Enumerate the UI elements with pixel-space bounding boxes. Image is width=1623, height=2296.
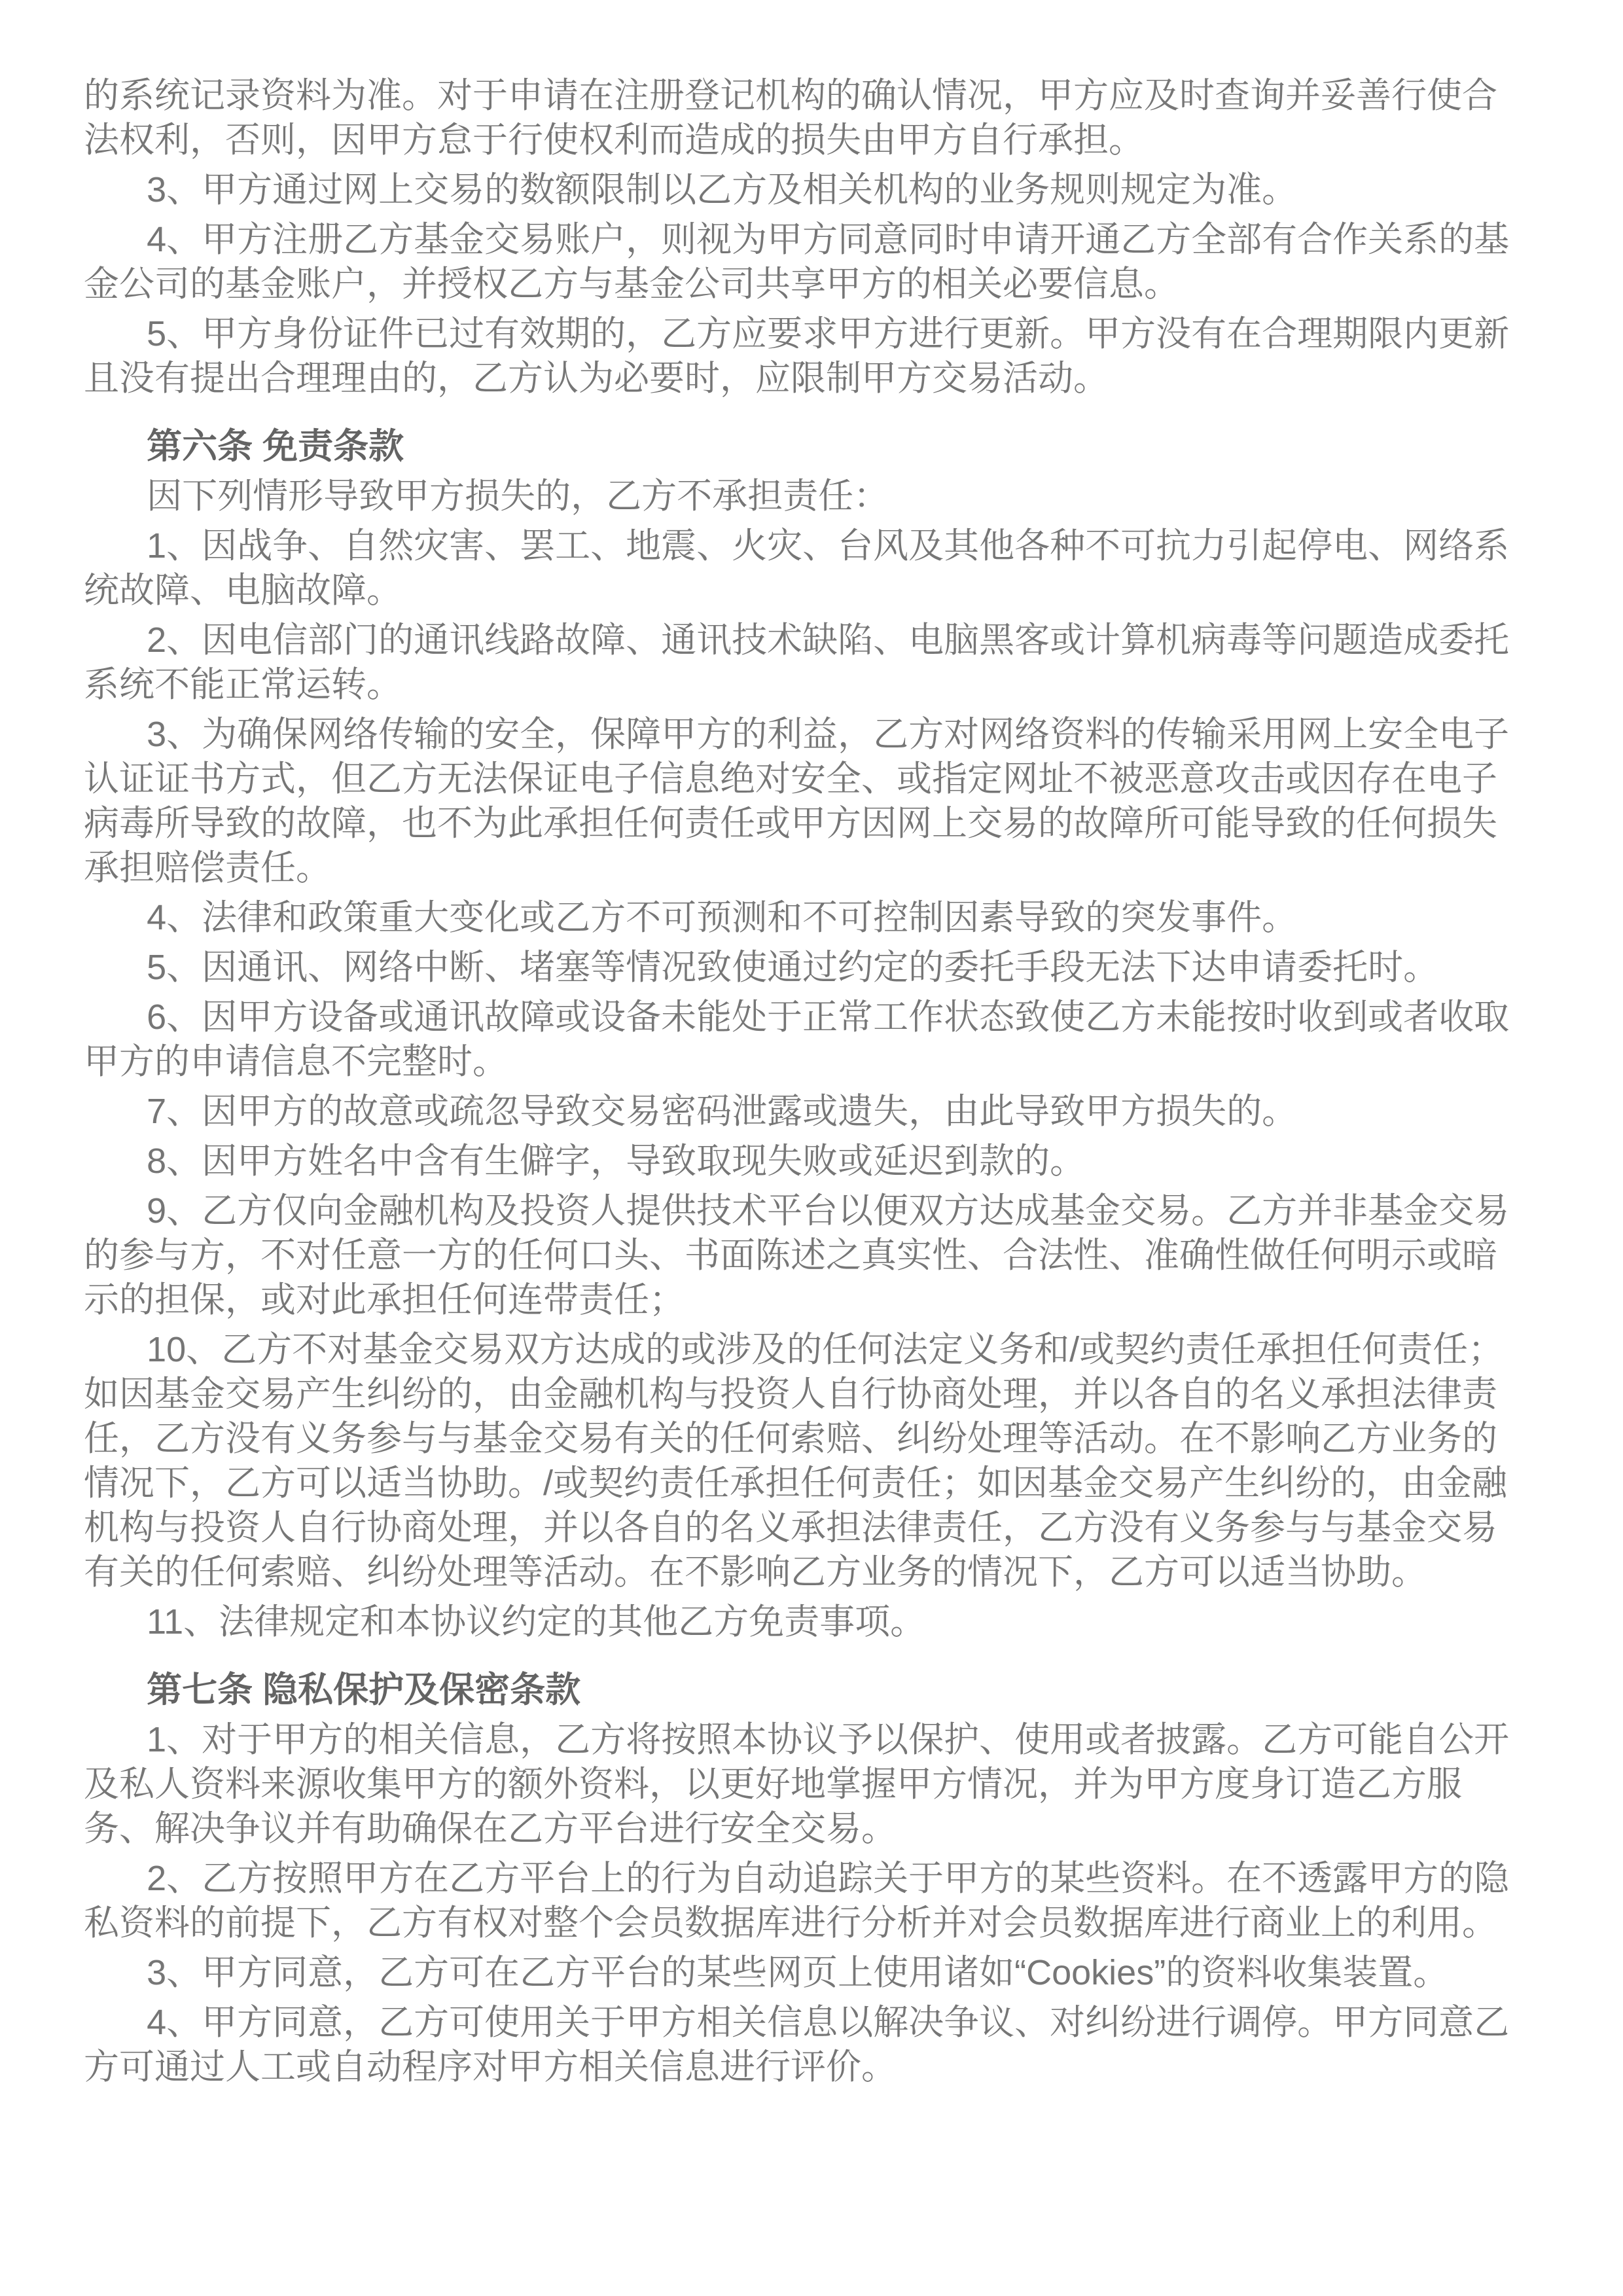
paragraph: 4、法律和政策重大变化或乙方不可预测和不可控制因素导致的突发事件。 — [84, 895, 1524, 940]
paragraph: 3、甲方同意，乙方可在乙方平台的某些网页上使用诸如“Cookies”的资料收集装… — [84, 1950, 1524, 1995]
page: { "page": { "width_px": 2480, "height_px… — [0, 0, 1623, 2296]
paragraph: 5、因通讯、网络中断、堵塞等情况致使通过约定的委托手段无法下达申请委托时。 — [84, 945, 1524, 990]
paragraph: 7、因甲方的故意或疏忽导致交易密码泄露或遗失，由此导致甲方损失的。 — [84, 1089, 1524, 1134]
paragraph: 8、因甲方姓名中含有生僻字，导致取现失败或延迟到款的。 — [84, 1139, 1524, 1183]
paragraph: 6、因甲方设备或通讯故障或设备未能处于正常工作状态致使乙方未能按时收到或者收取甲… — [84, 995, 1524, 1084]
paragraph: 2、乙方按照甲方在乙方平台上的行为自动追踪关于甲方的某些资料。在不透露甲方的隐私… — [84, 1856, 1524, 1945]
section-heading: 第六条 免责条款 — [84, 424, 1524, 469]
paragraph: 11、法律规定和本协议约定的其他乙方免责事项。 — [84, 1600, 1524, 1644]
paragraph: 3、为确保网络传输的安全，保障甲方的利益，乙方对网络资料的传输采用网上安全电子认… — [84, 712, 1524, 890]
paragraph: 4、甲方注册乙方基金交易账户，则视为甲方同意同时申请开通乙方全部有合作关系的基金… — [84, 217, 1524, 306]
paragraph: 的系统记录资料为准。对于申请在注册登记机构的确认情况，甲方应及时查询并妥善行使合… — [84, 73, 1524, 162]
paragraph: 因下列情形导致甲方损失的，乙方不承担责任： — [84, 474, 1524, 518]
document-page: 的系统记录资料为准。对于申请在注册登记机构的确认情况，甲方应及时查询并妥善行使合… — [84, 73, 1524, 2094]
paragraph: 5、甲方身份证件已过有效期的，乙方应要求甲方进行更新。甲方没有在合理期限内更新且… — [84, 312, 1524, 401]
paragraph: 1、对于甲方的相关信息，乙方将按照本协议予以保护、使用或者披露。乙方可能自公开及… — [84, 1717, 1524, 1851]
paragraph: 2、因电信部门的通讯线路故障、通讯技术缺陷、电脑黑客或计算机病毒等问题造成委托系… — [84, 618, 1524, 707]
section-heading: 第七条 隐私保护及保密条款 — [84, 1668, 1524, 1712]
paragraph: 10、乙方不对基金交易双方达成的或涉及的任何法定义务和/或契约责任承担任何责任；… — [84, 1327, 1524, 1594]
paragraph: 3、甲方通过网上交易的数额限制以乙方及相关机构的业务规则规定为准。 — [84, 168, 1524, 212]
paragraph: 9、乙方仅向金融机构及投资人提供技术平台以便双方达成基金交易。乙方并非基金交易的… — [84, 1189, 1524, 1322]
paragraph: 1、因战争、自然灾害、罢工、地震、火灾、台风及其他各种不可抗力引起停电、网络系统… — [84, 524, 1524, 613]
document-body: 的系统记录资料为准。对于申请在注册登记机构的确认情况，甲方应及时查询并妥善行使合… — [84, 73, 1524, 2089]
paragraph: 4、甲方同意，乙方可使用关于甲方相关信息以解决争议、对纠纷进行调停。甲方同意乙方… — [84, 2000, 1524, 2089]
